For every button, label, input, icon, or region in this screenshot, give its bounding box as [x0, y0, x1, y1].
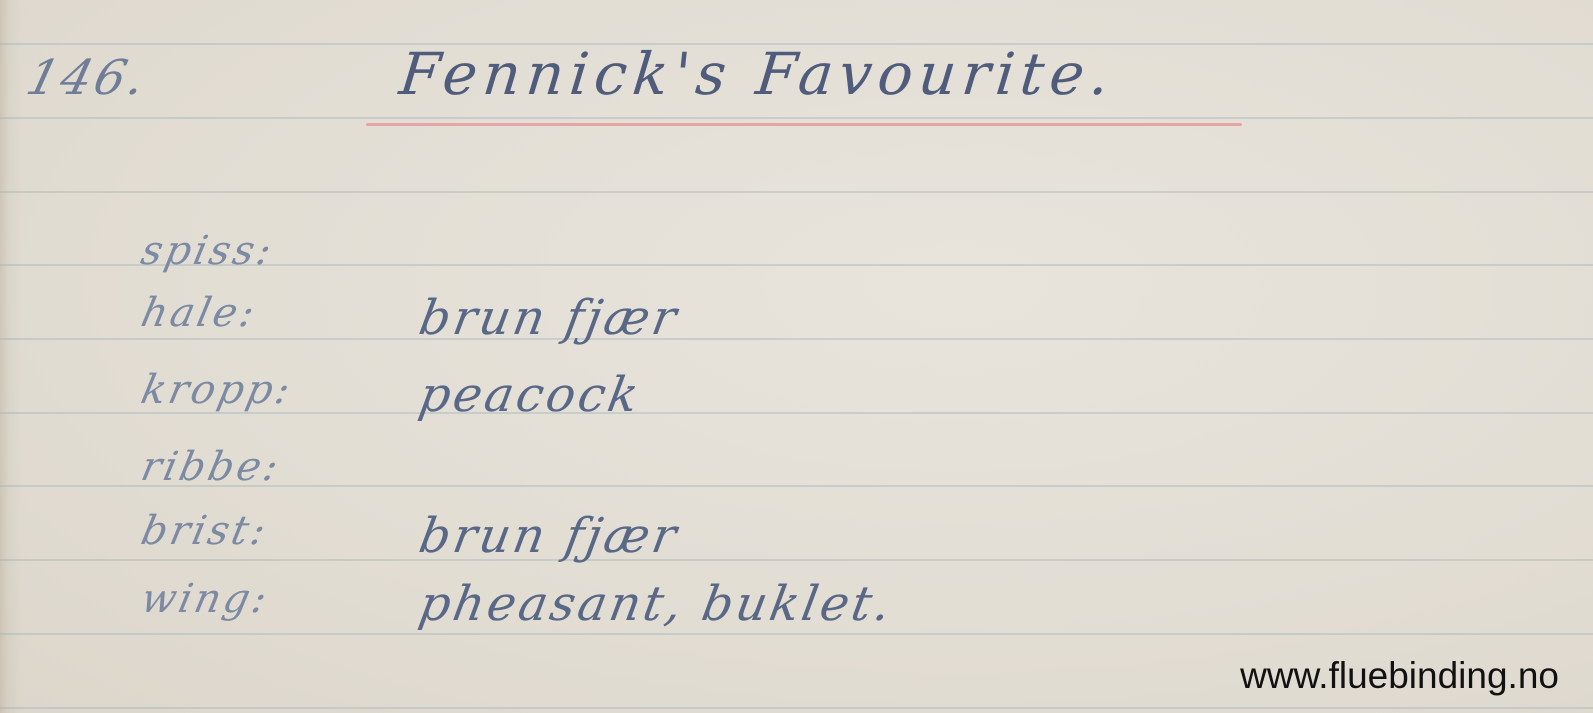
recipe-label-spiss: spiss:	[137, 228, 278, 274]
recipe-value-brist: brun fjær	[415, 508, 683, 564]
recipe-value-hale: brun fjær	[415, 290, 683, 346]
title-underline	[366, 123, 1242, 126]
recipe-label-wing: wing:	[137, 576, 274, 622]
recipe-label-ribbe: ribbe:	[137, 444, 285, 490]
recipe-value-wing: pheasant, buklet.	[415, 576, 898, 632]
ruled-line	[0, 707, 1593, 709]
ruled-line	[0, 559, 1593, 561]
recipe-label-hale: hale:	[137, 290, 261, 336]
recipe-label-brist: brist:	[137, 508, 272, 554]
ruled-line	[0, 117, 1593, 119]
notebook-page: 146. Fennick's Favourite. spiss: hale: b…	[0, 0, 1593, 713]
ruled-line	[0, 338, 1593, 340]
website-watermark: www.fluebinding.no	[1240, 655, 1559, 697]
entry-number: 146.	[21, 50, 154, 106]
fly-pattern-title: Fennick's Favourite.	[396, 40, 1118, 108]
recipe-label-kropp: kropp:	[137, 367, 297, 413]
ruled-line	[0, 633, 1593, 635]
recipe-value-kropp: peacock	[415, 367, 645, 423]
ruled-line	[0, 191, 1593, 193]
